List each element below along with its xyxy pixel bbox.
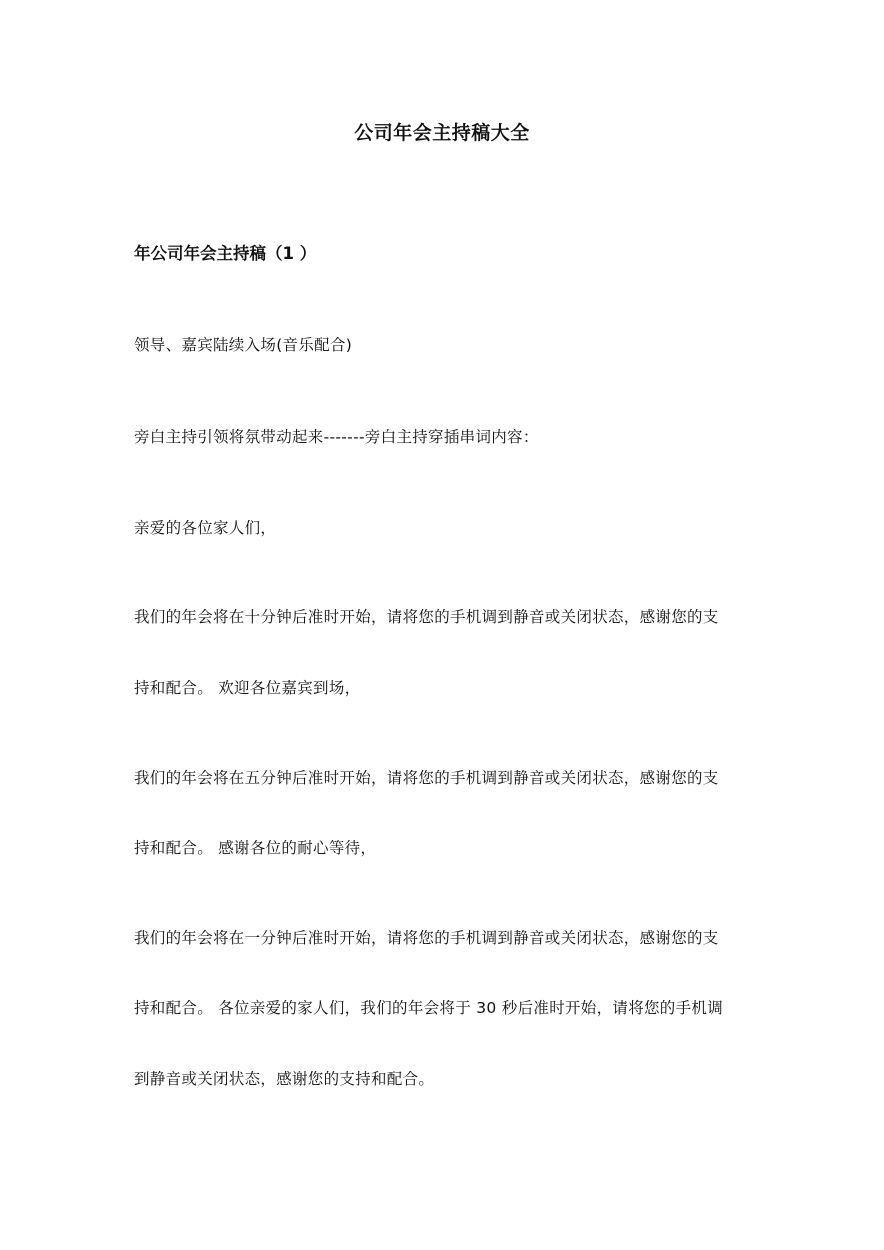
paragraph-line: 我们的年会将在五分钟后准时开始，请将您的手机调到静音或关闭状态，感谢您的支 <box>134 766 719 788</box>
section-heading: 年公司年会主持稿（1 ） <box>134 240 316 264</box>
paragraph-line: 持和配合。 感谢各位的耐心等待， <box>134 836 376 858</box>
paragraph-line: 旁白主持引领将氛带动起来-------旁白主持穿插串词内容： <box>134 425 539 447</box>
paragraph-line: 到静音或关闭状态，感谢您的支持和配合。 <box>134 1067 434 1089</box>
paragraph-line: 领导、嘉宾陆续入场(音乐配合) <box>134 333 352 355</box>
paragraph-line: 我们的年会将在一分钟后准时开始，请将您的手机调到静音或关闭状态，感谢您的支 <box>134 926 719 948</box>
document-title: 公司年会主持稿大全 <box>0 118 884 145</box>
paragraph-line: 亲爱的各位家人们， <box>134 516 276 538</box>
document-page: 公司年会主持稿大全 年公司年会主持稿（1 ） 领导、嘉宾陆续入场(音乐配合) 旁… <box>0 0 884 1250</box>
paragraph-line: 我们的年会将在十分钟后准时开始，请将您的手机调到静音或关闭状态，感谢您的支 <box>134 605 719 627</box>
paragraph-line: 持和配合。 欢迎各位嘉宾到场， <box>134 676 360 698</box>
paragraph-line: 持和配合。 各位亲爱的家人们，我们的年会将于 30 秒后准时开始，请将您的手机调 <box>134 996 723 1018</box>
